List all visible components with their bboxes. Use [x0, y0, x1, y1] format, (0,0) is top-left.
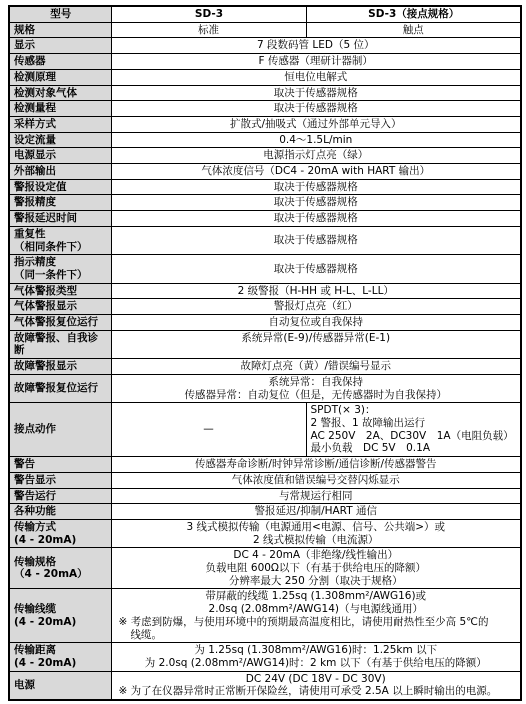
- row-value-line: 为 1.25sq (1.308mm²/AWG16)时：1.25km 以下: [114, 644, 519, 657]
- row-value: 扩散式/抽吸式（通过外部单元导入）: [111, 116, 521, 132]
- table-row: 传输方式 (4 - 20mA) 3 线式模拟传输（电源通用<电源、信号、公共端>…: [9, 519, 521, 547]
- table-row: 传感器 F 传感器（理研计器制）: [9, 54, 521, 70]
- row-label: 故障警报复位运行: [9, 374, 111, 402]
- row-label: 警告显示: [9, 472, 111, 488]
- row-label-line: 指示精度: [14, 256, 108, 269]
- table-row: 故障警报显示 故障灯点亮（黄）/错误编号显示: [9, 359, 521, 375]
- row-label-line: 重复性: [14, 228, 108, 241]
- row-value-contact: SPDT(× 3)： 2 警报、1 故障输出运行 AC 250V 2A、DC30…: [306, 403, 521, 457]
- table-row: 气体警报复位运行 自动复位或自我保持: [9, 315, 521, 331]
- table-row: 电源显示 电源指示灯点亮（绿）: [9, 148, 521, 164]
- row-label: 显示: [9, 38, 111, 54]
- table-row: 电源 DC 24V (DC 18V - DC 30V) ※ 为了在仪器异常时正常…: [9, 671, 521, 700]
- row-value-line: 系统异常：自我保持: [114, 376, 519, 389]
- row-value: 取决于传感器规格: [111, 85, 521, 101]
- row-value-line: 3 线式模拟传输（电源通用<电源、信号、公共端>）或: [114, 521, 519, 534]
- row-value: 电源指示灯点亮（绿）: [111, 148, 521, 164]
- row-value: 取决于传感器规格: [111, 195, 521, 211]
- table-row: 传输线缆 (4 - 20mA) 带屏蔽的线缆 1.25sq (1.308mm²/…: [9, 589, 521, 643]
- row-label: 传感器: [9, 54, 111, 70]
- row-value: 取决于传感器规格: [111, 179, 521, 195]
- table-row: 设定流量 0.4～1.5L/min: [9, 132, 521, 148]
- row-value-contact: 触点: [306, 22, 521, 38]
- row-label: 采样方式: [9, 116, 111, 132]
- row-value-line: 最小负载 DC 5V 0.1A: [311, 442, 519, 455]
- row-label-line: 断: [14, 344, 108, 357]
- table-row: 故障警报、自我诊 断 系统异常(E-9)/传感器异常(E-1): [9, 330, 521, 358]
- row-value-line: DC 24V (DC 18V - DC 30V): [114, 673, 519, 686]
- table-row: 故障警报复位运行 系统异常：自我保持 传感器异常：自动复位（但是，无传感器时为自…: [9, 374, 521, 402]
- table-row: 传输距离 (4 - 20mA) 为 1.25sq (1.308mm²/AWG16…: [9, 643, 521, 671]
- row-label: 规格: [9, 22, 111, 38]
- row-value-line: 2 警报、1 故障输出运行: [311, 417, 519, 430]
- header-contact-model: SD-3（接点规格）: [306, 6, 521, 22]
- row-label: 警告: [9, 457, 111, 473]
- row-value: 取决于传感器规格: [111, 255, 521, 283]
- row-value: 传感器寿命诊断/时钟异常诊断/通信诊断/传感器警告: [111, 457, 521, 473]
- row-value: 3 线式模拟传输（电源通用<电源、信号、公共端>）或 2 线式模拟传输（电流源）: [111, 519, 521, 547]
- row-value-note: ※ 为了在仪器异常时正常断开保险丝，请使用可承受 2.5A 以上瞬时输出的电源。: [114, 685, 519, 698]
- table-row: 采样方式 扩散式/抽吸式（通过外部单元导入）: [9, 116, 521, 132]
- row-label: 检测原理: [9, 69, 111, 85]
- row-value: 系统异常(E-9)/传感器异常(E-1): [111, 330, 521, 358]
- table-row: 指示精度 （同一条件下） 取决于传感器规格: [9, 255, 521, 283]
- row-label: 气体警报类型: [9, 283, 111, 299]
- row-value: F 传感器（理研计器制）: [111, 54, 521, 70]
- row-value: 警报延迟/抑制/HART 通信: [111, 504, 521, 520]
- table-row: 警告显示 气体浓度值和错误编号交替闪烁显示: [9, 472, 521, 488]
- row-value: 自动复位或自我保持: [111, 315, 521, 331]
- spec-sheet-page: 型号 SD-3 SD-3（接点规格） 规格 标准 触点 显示 7 段数码管 LE…: [0, 0, 526, 704]
- row-value-line: 为 2.0sq (2.08mm²/AWG14)时：2 km 以下（有基于供给电压…: [114, 657, 519, 670]
- row-label: 气体警报复位运行: [9, 315, 111, 331]
- row-value: 警报灯点亮（红）: [111, 299, 521, 315]
- row-label: 外部输出: [9, 164, 111, 180]
- row-value: 带屏蔽的线缆 1.25sq (1.308mm²/AWG16)或 2.0sq (2…: [111, 589, 521, 643]
- table-row: 外部输出 气体浓度信号（DC4 - 20mA with HART 输出）: [9, 164, 521, 180]
- table-row: 接点动作 — SPDT(× 3)： 2 警报、1 故障输出运行 AC 250V …: [9, 403, 521, 457]
- row-value-line: SPDT(× 3)：: [311, 404, 519, 417]
- row-label: 传输线缆 (4 - 20mA): [9, 589, 111, 643]
- table-row: 各种功能 警报延迟/抑制/HART 通信: [9, 504, 521, 520]
- row-label-line: 故障警报、自我诊: [14, 332, 108, 345]
- table-row: 警告运行 与常规运行相同: [9, 488, 521, 504]
- row-value-line: AC 250V 2A、DC30V 1A（电阻负载）: [311, 430, 519, 443]
- row-label-line: (4 - 20mA): [14, 534, 108, 547]
- row-value-line: 分辨率最大 250 分割（取决于规格）: [114, 575, 519, 588]
- row-value: 取决于传感器规格: [111, 211, 521, 227]
- table-row: 重复性 （相同条件下） 取决于传感器规格: [9, 226, 521, 254]
- row-value: 0.4～1.5L/min: [111, 132, 521, 148]
- table-row: 检测量程 取决于传感器规格: [9, 101, 521, 117]
- row-value-note: ※ 考虑到防爆，与使用环境中的预期最高温度相比，请使用耐热性至少高 5℃的: [114, 616, 519, 629]
- table-row: 传输规格 （4 - 20mA） DC 4 - 20mA（非绝缘/线性输出） 负载…: [9, 548, 521, 589]
- row-label: 故障警报显示: [9, 359, 111, 375]
- row-value: 取决于传感器规格: [111, 101, 521, 117]
- row-value-note: 线缆。: [114, 629, 519, 642]
- row-value-line: 2.0sq (2.08mm²/AWG14)（与电源线通用）: [114, 603, 519, 616]
- table-row: 警报设定值 取决于传感器规格: [9, 179, 521, 195]
- row-value-line: 传感器异常：自动复位（但是，无传感器时为自我保持）: [114, 389, 519, 402]
- row-label-line: 传输方式: [14, 521, 108, 534]
- spec-table: 型号 SD-3 SD-3（接点规格） 规格 标准 触点 显示 7 段数码管 LE…: [8, 5, 522, 701]
- row-value: DC 4 - 20mA（非绝缘/线性输出） 负载电阻 600Ω以下（有基于供给电…: [111, 548, 521, 589]
- row-label: 电源: [9, 671, 111, 700]
- row-value: 故障灯点亮（黄）/错误编号显示: [111, 359, 521, 375]
- table-row: 检测对象气体 取决于传感器规格: [9, 85, 521, 101]
- row-value: 7 段数码管 LED（5 位）: [111, 38, 521, 54]
- row-label-line: 传输规格: [14, 556, 108, 569]
- row-value: 气体浓度信号（DC4 - 20mA with HART 输出）: [111, 164, 521, 180]
- row-value: 取决于传感器规格: [111, 226, 521, 254]
- row-value: 系统异常：自我保持 传感器异常：自动复位（但是，无传感器时为自我保持）: [111, 374, 521, 402]
- row-label: 检测对象气体: [9, 85, 111, 101]
- table-row: 警告 传感器寿命诊断/时钟异常诊断/通信诊断/传感器警告: [9, 457, 521, 473]
- row-label: 指示精度 （同一条件下）: [9, 255, 111, 283]
- row-label: 各种功能: [9, 504, 111, 520]
- row-label-line: （相同条件下）: [14, 241, 108, 254]
- row-value-line: 负载电阻 600Ω以下（有基于供给电压的降额）: [114, 562, 519, 575]
- row-label: 检测量程: [9, 101, 111, 117]
- row-value: 2 级警报（H-HH 或 H-L、L-LL）: [111, 283, 521, 299]
- row-label: 警报延迟时间: [9, 211, 111, 227]
- row-value-line: 带屏蔽的线缆 1.25sq (1.308mm²/AWG16)或: [114, 590, 519, 603]
- row-label: 气体警报显示: [9, 299, 111, 315]
- header-standard-model: SD-3: [111, 6, 306, 22]
- row-label: 设定流量: [9, 132, 111, 148]
- row-label: 传输距离 (4 - 20mA): [9, 643, 111, 671]
- row-value: 恒电位电解式: [111, 69, 521, 85]
- row-value: 气体浓度值和错误编号交替闪烁显示: [111, 472, 521, 488]
- row-label: 电源显示: [9, 148, 111, 164]
- row-label-line: （4 - 20mA）: [14, 568, 108, 581]
- row-value-line: DC 4 - 20mA（非绝缘/线性输出）: [114, 549, 519, 562]
- row-label-line: 传输距离: [14, 644, 108, 657]
- table-row: 警报精度 取决于传感器规格: [9, 195, 521, 211]
- table-row: 气体警报类型 2 级警报（H-HH 或 H-L、L-LL）: [9, 283, 521, 299]
- table-row: 警报延迟时间 取决于传感器规格: [9, 211, 521, 227]
- row-value: 为 1.25sq (1.308mm²/AWG16)时：1.25km 以下 为 2…: [111, 643, 521, 671]
- row-label-line: （同一条件下）: [14, 269, 108, 282]
- row-label: 重复性 （相同条件下）: [9, 226, 111, 254]
- row-label: 警报设定值: [9, 179, 111, 195]
- row-label: 警报精度: [9, 195, 111, 211]
- row-value-standard: 标准: [111, 22, 306, 38]
- table-row: 显示 7 段数码管 LED（5 位）: [9, 38, 521, 54]
- table-header-row: 型号 SD-3 SD-3（接点规格）: [9, 6, 521, 22]
- row-label: 警告运行: [9, 488, 111, 504]
- row-label-line: (4 - 20mA): [14, 657, 108, 670]
- row-value: DC 24V (DC 18V - DC 30V) ※ 为了在仪器异常时正常断开保…: [111, 671, 521, 700]
- row-label: 故障警报、自我诊 断: [9, 330, 111, 358]
- header-model: 型号: [9, 6, 111, 22]
- table-row: 气体警报显示 警报灯点亮（红）: [9, 299, 521, 315]
- row-label: 传输方式 (4 - 20mA): [9, 519, 111, 547]
- table-row: 检测原理 恒电位电解式: [9, 69, 521, 85]
- row-value: 与常规运行相同: [111, 488, 521, 504]
- row-label-line: (4 - 20mA): [14, 616, 108, 629]
- row-label: 传输规格 （4 - 20mA）: [9, 548, 111, 589]
- row-value-line: 2 线式模拟传输（电流源）: [114, 534, 519, 547]
- row-value-standard: —: [111, 403, 306, 457]
- row-label-line: 传输线缆: [14, 603, 108, 616]
- row-label: 接点动作: [9, 403, 111, 457]
- table-row: 规格 标准 触点: [9, 22, 521, 38]
